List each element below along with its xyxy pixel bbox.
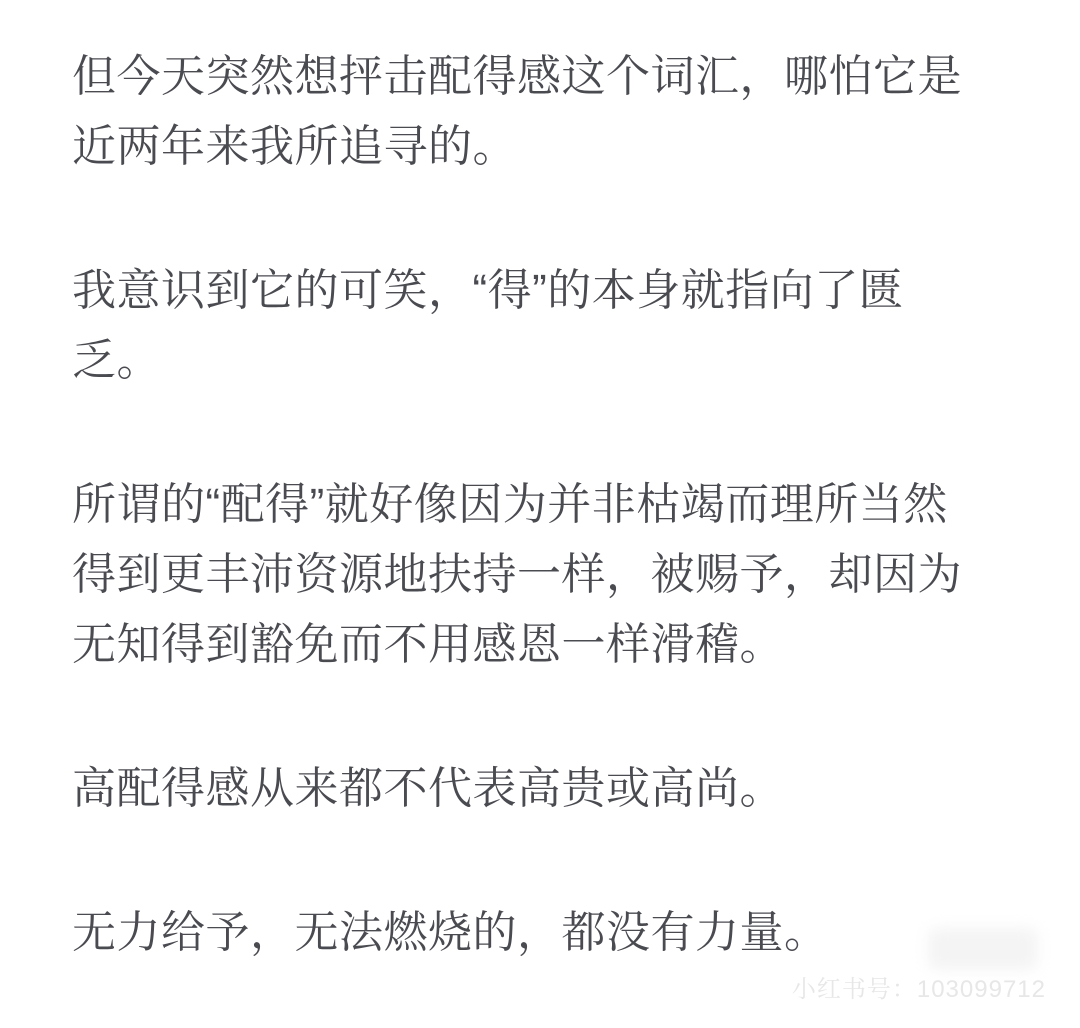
post-text-body: 但今天突然想抨击配得感这个词汇，哪怕它是近两年来我所追寻的。 我意识到它的可笑，… (72, 42, 992, 968)
post-image: 但今天突然想抨击配得感这个词汇，哪怕它是近两年来我所追寻的。 我意识到它的可笑，… (0, 0, 1080, 1028)
paragraph-2: 我意识到它的可笑，“得”的本身就指向了匮乏。 (72, 256, 992, 396)
paragraph-4: 高配得感从来都不代表高贵或高尚。 (72, 754, 992, 824)
paragraph-5: 无力给予，无法燃烧的，都没有力量。 (72, 898, 992, 968)
paragraph-1: 但今天突然想抨击配得感这个词汇，哪怕它是近两年来我所追寻的。 (72, 42, 992, 182)
xiaohongshu-id-watermark: 小红书号：103099712 (792, 969, 1046, 1004)
faint-logo-watermark (928, 928, 1038, 970)
paragraph-3: 所谓的“配得”就好像因为并非枯竭而理所当然得到更丰沛资源地扶持一样，被赐予，却因… (72, 470, 992, 680)
